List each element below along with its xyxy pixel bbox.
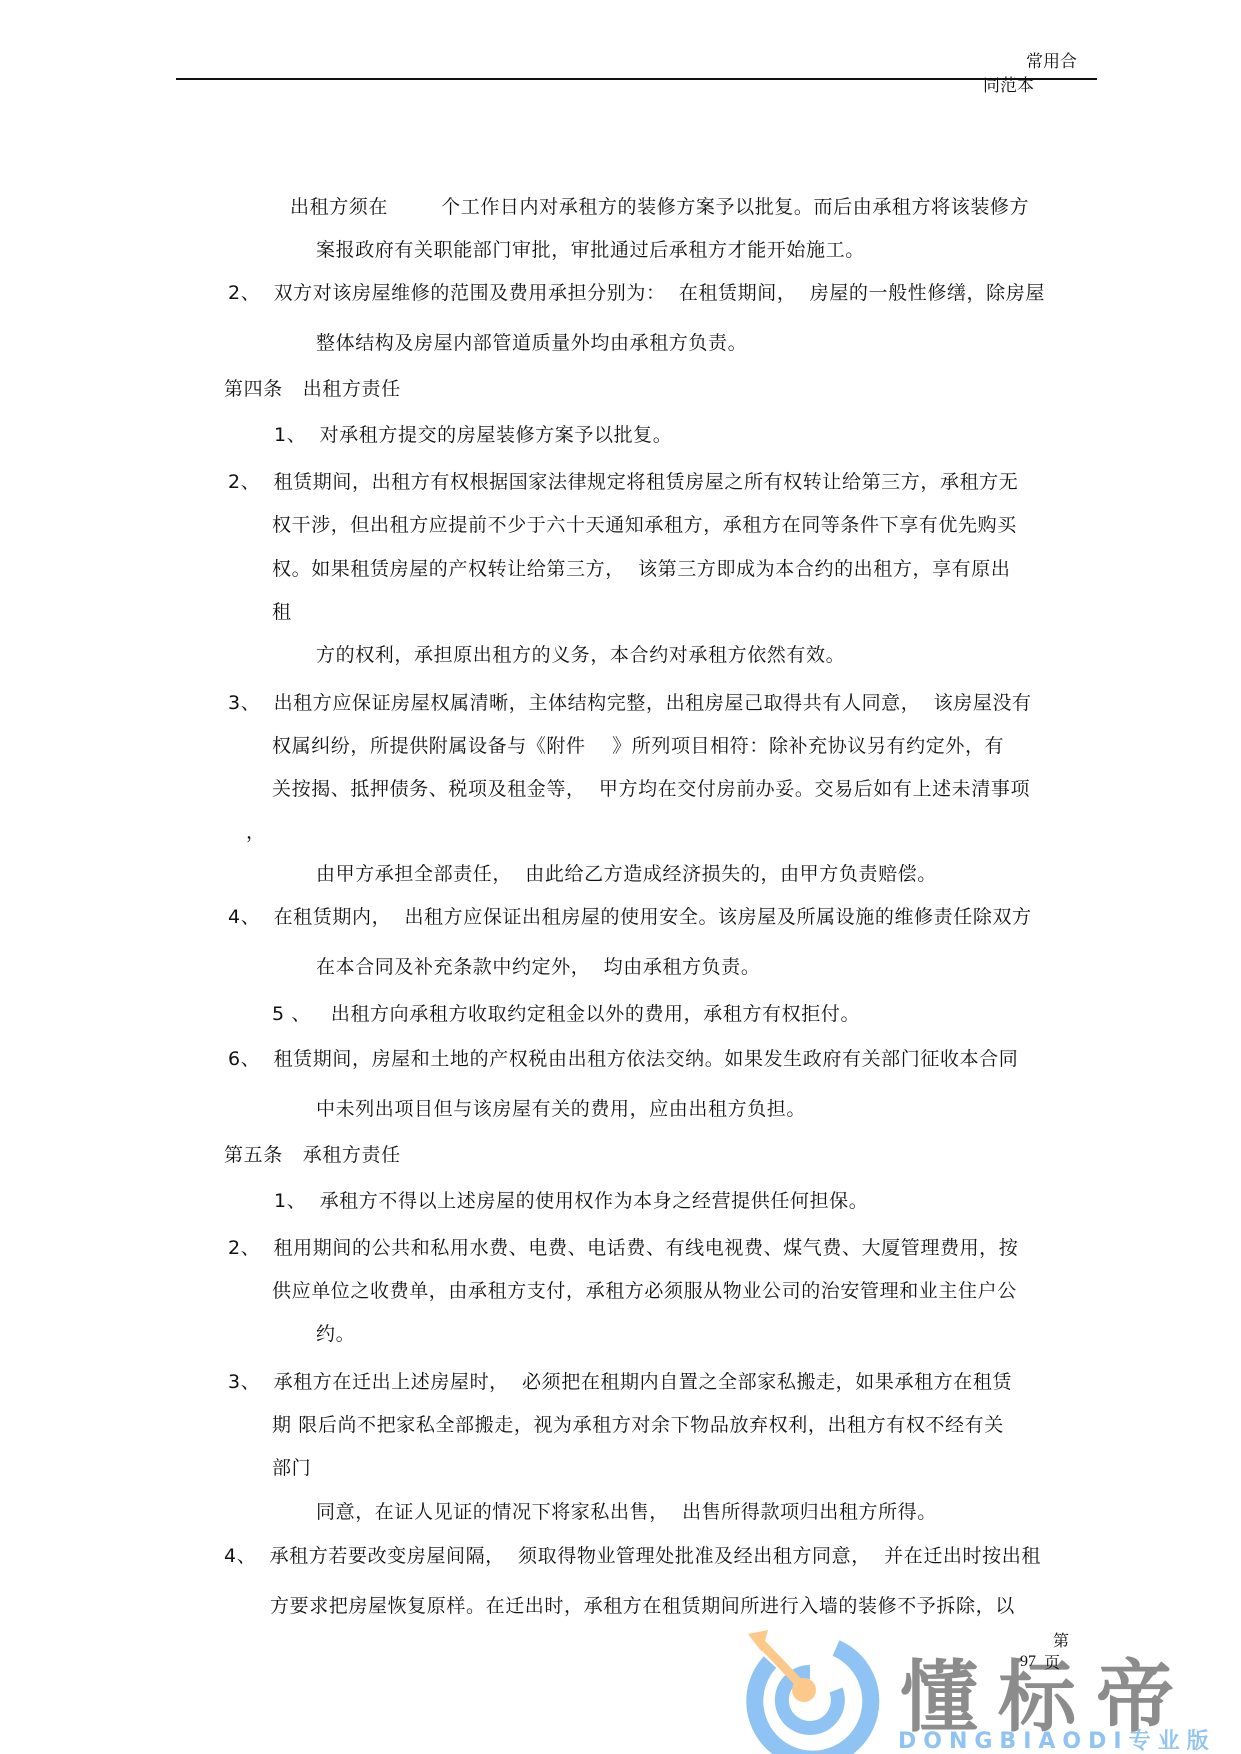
header-title-line1: 常用合 [1026,52,1077,72]
text-line: ， [246,820,266,844]
watermark-brand-en: DONGBIAODI专业版 [898,1730,1216,1754]
text-line: 权干涉，但出租方应提前不少于六十天通知承租方，承租方在同等条件下享有优先购买 [272,513,1017,537]
text-line: 供应单位之收费单，由承租方支付，承租方必须服从物业公司的治安管理和业主住户公 [272,1279,1017,1303]
list-item: 2、 双方对该房屋维修的范围及费用承担分别为： 在租赁期间， 房屋的一般性修缮，… [228,281,1045,305]
header-rule [176,78,1097,80]
section-heading: 第五条 承租方责任 [224,1143,401,1167]
text-line: 在本合同及补充条款中约定外， 均由承租方负责。 [316,955,760,979]
text-line: 关按揭、抵押债务、税项及租金等， 甲方均在交付房前办妥。交易后如有上述未清事项 [272,777,1030,801]
page-number: 97 [1020,1653,1036,1671]
list-item: 1、 承租方不得以上述房屋的使用权作为本身之经营提供任何担保。 [274,1189,868,1213]
text-line: 同意，在证人见证的情况下将家私出售， 出售所得款项归出租方所得。 [316,1500,937,1524]
list-item: 5 、 出租方向承租方收取约定租金以外的费用，承租方有权拒付。 [272,1002,860,1026]
text-line: 方要求把房屋恢复原样。在迁出时，承租方在租赁期间所进行入墙的装修不予拆除，以 [270,1594,1015,1618]
list-item: 3、 出租方应保证房屋权属清晰，主体结构完整，出租房屋己取得共有人同意， 该房屋… [228,691,1032,715]
text-line: 整体结构及房屋内部管道质量外均由承租方负责。 [316,331,747,355]
target-arrow-icon [740,1630,890,1754]
text-line: 出租方须在 个工作日内对承租方的装修方案予以批复。而后由承租方将该装修方 [290,195,1029,219]
text-line: 权属纠纷，所提供附属设备与《附件 》所列项目相符：除补充协议另有约定外，有 [272,734,1004,758]
list-item: 4、 承租方若要改变房屋间隔， 须取得物业管理处批准及经出租方同意， 并在迁出时… [224,1544,1041,1568]
text-line: 案报政府有关职能部门审批，审批通过后承租方才能开始施工。 [316,238,865,262]
list-item: 3、 承租方在迁出上述房屋时， 必须把在租期内自置之全部家私搬走，如果承租方在租… [228,1370,1012,1394]
text-line: 部门 [272,1456,311,1480]
text-line: 期 限后尚不把家私全部搬走，视为承租方对余下物品放弃权利，出租方有权不经有关 [272,1413,1004,1437]
text-line: 租 [272,600,292,624]
watermark: 懂标帝 DONGBIAODI专业版 [740,1630,1240,1754]
list-item: 2、 租用期间的公共和私用水费、电费、电话费、有线电视费、煤气费、大厦管理费用，… [228,1236,1018,1260]
header-title-line2: 同范本 [983,76,1034,96]
list-item: 2、 租赁期间，出租方有权根据国家法律规定将租赁房屋之所有权转让给第三方，承租方… [228,470,1018,494]
list-item: 1、 对承租方提交的房屋装修方案予以批复。 [274,423,672,447]
section-heading: 第四条 出租方责任 [224,377,401,401]
text-line: 中未列出项目但与该房屋有关的费用，应由出租方负担。 [316,1097,806,1121]
page-prefix: 第 [1053,1633,1069,1651]
list-item: 6、 租赁期间，房屋和土地的产权税由出租方依法交纳。如果发生政府有关部门征收本合… [228,1047,1018,1071]
text-line: 由甲方承担全部责任， 由此给乙方造成经济损失的，由甲方负责赔偿。 [316,862,937,886]
page-suffix: 页 [1044,1655,1060,1673]
text-line: 方的权利，承担原出租方的义务，本合约对承租方依然有效。 [316,643,845,667]
text-line: 权。如果租赁房屋的产权转让给第三方， 该第三方即成为本合约的出租方，享有原出 [272,557,1010,581]
list-item: 4、 在租赁期内， 出租方应保证出租房屋的使用安全。该房屋及所属设施的维修责任除… [228,905,1032,929]
text-line: 约。 [316,1322,355,1346]
